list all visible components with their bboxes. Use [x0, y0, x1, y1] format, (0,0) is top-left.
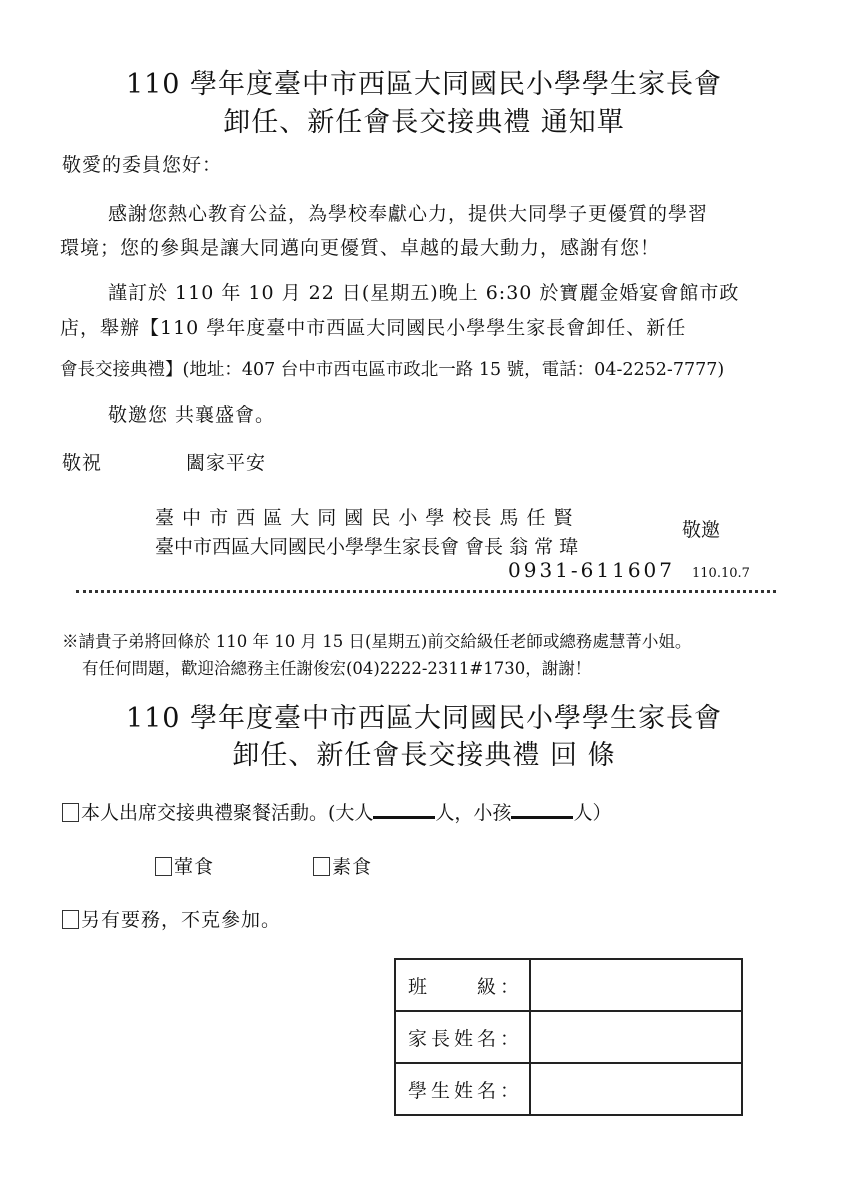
- attend-option[interactable]: 本人出席交接典禮聚餐活動。(大人人，小孩人）: [62, 798, 611, 825]
- vegetarian-checkbox[interactable]: [313, 857, 330, 876]
- notice-date: 110.10.7: [692, 566, 750, 581]
- vegetarian-label: 素食: [332, 856, 372, 878]
- attend-checkbox[interactable]: [62, 803, 79, 822]
- meat-checkbox[interactable]: [155, 857, 172, 876]
- reply-info-table: 班 級： 家長姓名： 學生姓名：: [394, 958, 743, 1116]
- signature-president: 臺中市西區大同國民小學學生家長會 會長 翁 常 瑋: [155, 532, 578, 559]
- attend-label: 本人出席交接典禮聚餐活動。(大人: [81, 802, 373, 824]
- signature-phone: 0931-611607: [508, 558, 675, 582]
- class-field[interactable]: [530, 959, 742, 1011]
- paragraph-2-line3: 會長交接典禮】(地址：407 台中市西屯區市政北一路 15 號，電話：04-22…: [60, 356, 724, 381]
- vegetarian-option[interactable]: 素食: [313, 852, 372, 879]
- paragraph-1-line1: 感謝您熱心教育公益，為學校奉獻心力，提供大同學子更優質的學習: [108, 199, 708, 226]
- signature-principal: 臺 中 市 西 區 大 同 國 民 小 學 校長 馬 任 賢: [155, 503, 574, 530]
- reply-title-line1: 110 學年度臺中市西區大同國民小學學生家長會: [0, 696, 848, 735]
- meat-label: 葷食: [174, 856, 214, 878]
- meat-option[interactable]: 葷食: [155, 852, 214, 879]
- paragraph-2-line2: 店，舉辦【110 學年度臺中市西區大同國民小學學生家長會卸任、新任: [60, 313, 686, 340]
- parent-name-label: 家長姓名：: [395, 1011, 530, 1063]
- decline-label: 另有要務，不克參加。: [81, 909, 281, 931]
- adults-count-blank[interactable]: [373, 802, 435, 819]
- parent-name-field[interactable]: [530, 1011, 742, 1063]
- children-count-blank[interactable]: [511, 802, 573, 819]
- invite-sign: 敬邀: [682, 515, 720, 542]
- student-name-field[interactable]: [530, 1063, 742, 1115]
- children-unit: 人）: [573, 802, 611, 824]
- closing-left: 敬祝: [62, 448, 102, 475]
- adults-unit: 人，小孩: [435, 802, 511, 824]
- closing-right: 闔家平安: [186, 448, 266, 475]
- footnote-line1: ※請貴子弟將回條於 110 年 10 月 15 日(星期五)前交給級任老師或總務…: [62, 628, 691, 652]
- greeting: 敬愛的委員您好：: [62, 150, 222, 177]
- table-row-class: 班 級：: [395, 959, 742, 1011]
- notice-title-line1: 110 學年度臺中市西區大同國民小學學生家長會: [0, 62, 848, 101]
- reply-title-line2: 卸任、新任會長交接典禮 回 條: [0, 733, 848, 772]
- notice-title-line2: 卸任、新任會長交接典禮 通知單: [0, 100, 848, 139]
- footnote-line2: 有任何問題，歡迎洽總務主任謝俊宏(04)2222-2311#1730，謝謝！: [82, 655, 591, 679]
- paragraph-2-line1: 謹訂於 110 年 10 月 22 日(星期五)晚上 6:30 於寶麗金婚宴會館…: [108, 278, 739, 305]
- class-label: 班 級：: [395, 959, 530, 1011]
- cut-line-divider: [76, 590, 776, 593]
- table-row-student-name: 學生姓名：: [395, 1063, 742, 1115]
- paragraph-1-line2: 環境；您的參與是讓大同邁向更優質、卓越的最大動力，感謝有您！: [60, 233, 660, 260]
- decline-option[interactable]: 另有要務，不克參加。: [62, 905, 281, 932]
- student-name-label: 學生姓名：: [395, 1063, 530, 1115]
- invite-text: 敬邀您 共襄盛會。: [108, 400, 275, 427]
- table-row-parent-name: 家長姓名：: [395, 1011, 742, 1063]
- decline-checkbox[interactable]: [62, 910, 79, 929]
